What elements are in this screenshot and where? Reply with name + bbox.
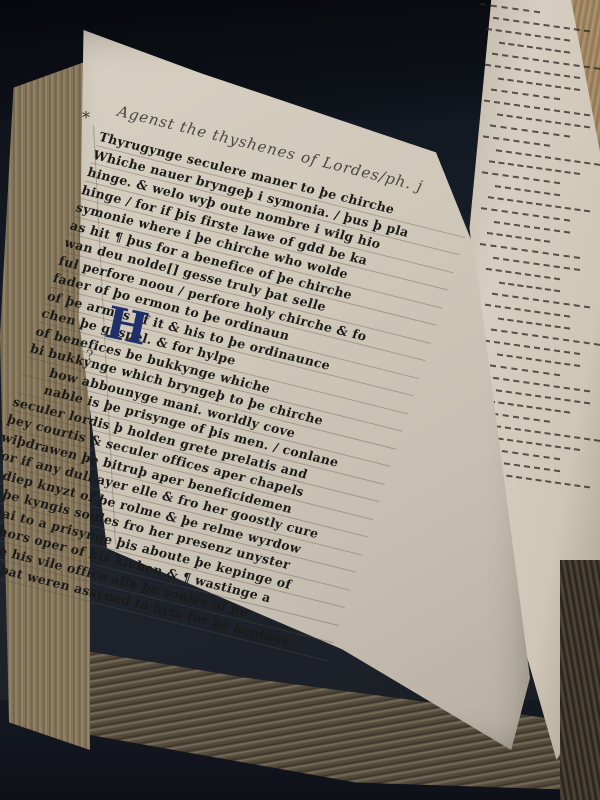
right-page-line bbox=[485, 304, 570, 319]
right-page-line bbox=[482, 171, 560, 185]
right-page-line bbox=[499, 282, 560, 294]
right-page-line bbox=[486, 268, 560, 281]
right-page-line bbox=[490, 124, 570, 138]
right-page-line bbox=[487, 232, 550, 244]
right-page-line bbox=[495, 185, 560, 197]
right-page-line bbox=[499, 42, 570, 55]
right-page-line bbox=[483, 135, 550, 147]
right-page-line bbox=[486, 28, 570, 43]
right-page-line bbox=[494, 221, 570, 235]
right-page-line bbox=[498, 78, 580, 93]
right-page-line bbox=[497, 353, 580, 368]
asterisk-marker: * bbox=[82, 108, 90, 127]
right-page-line bbox=[489, 400, 570, 414]
right-page-line bbox=[494, 461, 560, 473]
right-page-line bbox=[490, 364, 560, 377]
margin-mark: ? bbox=[86, 348, 94, 364]
right-page-line bbox=[491, 89, 560, 102]
right-page-line bbox=[498, 318, 570, 331]
right-page-stack bbox=[560, 560, 600, 800]
